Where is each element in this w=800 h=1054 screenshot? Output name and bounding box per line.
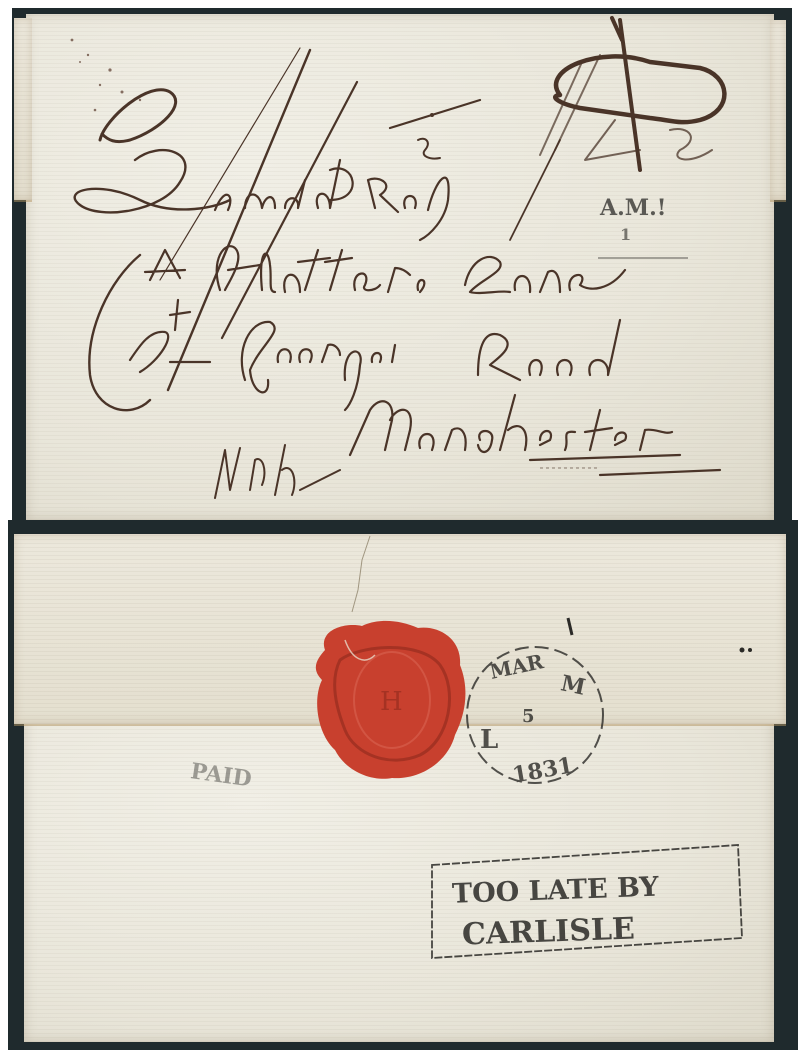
too-late-cachet: TOO LATE BY CARLISLE — [432, 845, 742, 958]
stamp-fleck — [568, 618, 572, 635]
datestamp-town-letter: L — [480, 725, 498, 755]
datestamp-suffix: M — [559, 670, 588, 700]
svg-text:PAID: PAID — [189, 758, 253, 792]
seal-monogram: H — [380, 687, 403, 717]
datestamp-month: MAR — [488, 649, 546, 684]
cachet-line2: CARLISLE — [461, 911, 635, 952]
paper-crack — [352, 536, 370, 612]
ink-dots — [740, 648, 753, 653]
datestamp-circle: MAR M 5 L 1831 — [467, 647, 603, 789]
datestamp-day: 5 — [522, 706, 535, 727]
wax-seal: H — [316, 621, 466, 779]
datestamp-year: 1831 — [510, 752, 575, 788]
paid-faint-mark: PAID — [189, 758, 253, 792]
cachet-line1: TOO LATE BY — [452, 872, 660, 910]
reverse-marks: PAID H MAR M 5 L 1831 TOO LATE BY CARLIS… — [0, 0, 800, 1054]
